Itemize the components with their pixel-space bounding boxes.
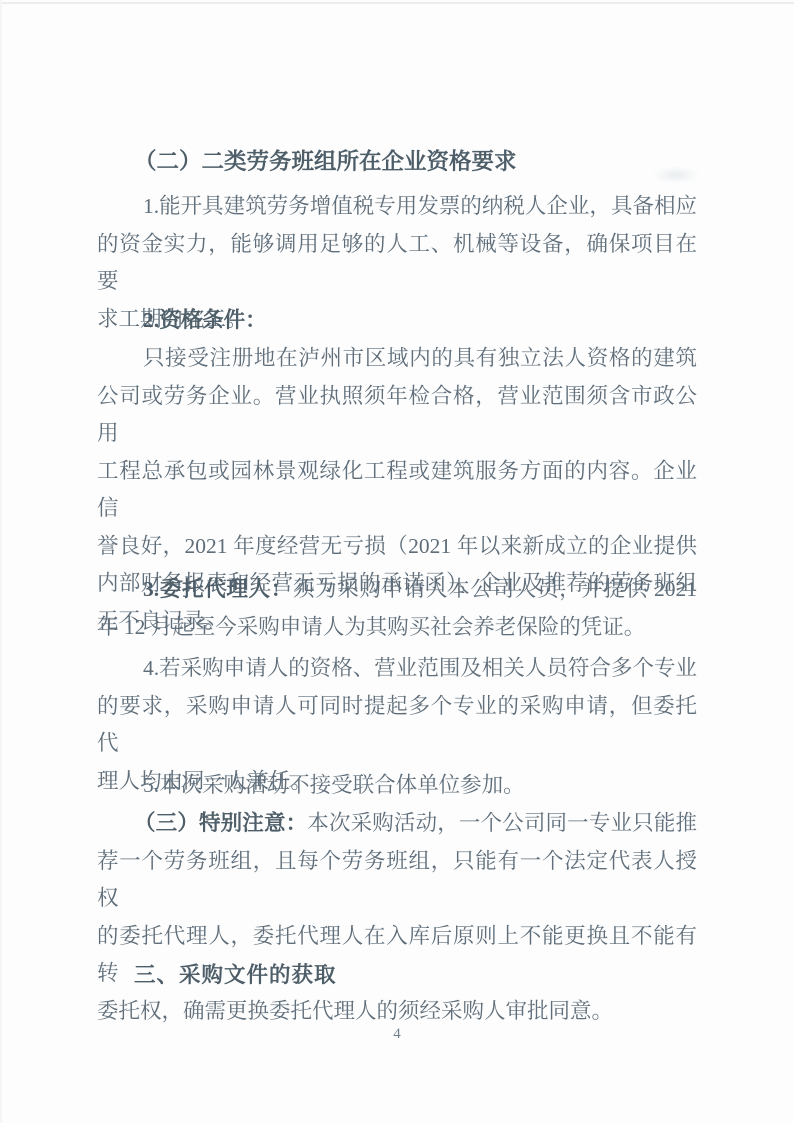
text-segment: 的资金实力，能够调用足够的人工、机械等设备，确保项目在要 <box>97 232 697 294</box>
text-segment-bold: （三）特别注意： <box>134 811 307 835</box>
text-line: 5.本次采购活动不接受联合体单位参加。 <box>97 767 697 805</box>
text-segment: 1.能开具建筑劳务增值税专用发票的纳税人企业，具备相应 <box>143 194 697 218</box>
text-segment: 公司或劳务企业。营业执照须年检合格，营业范围须含市政公用 <box>97 384 697 446</box>
paragraph-para-7: （三）特别注意：本次采购活动，一个公司同一专业只能推荐一个劳务班组，且每个劳务班… <box>97 805 697 1030</box>
text-segment-bold: （二）二类劳务班组所在企业资格要求 <box>134 149 517 174</box>
text-segment-bold: 2.资格条件： <box>143 308 267 332</box>
text-segment-bold: 三、采购文件的获取 <box>134 963 337 987</box>
text-line: 委托权，确需更换委托代理人的须经采购人审批同意。 <box>97 993 697 1031</box>
text-line: 的资金实力，能够调用足够的人工、机械等设备，确保项目在要 <box>97 226 697 301</box>
text-segment: 誉良好，2021 年度经营无亏损（2021 年以来新成立的企业提供 <box>97 534 697 558</box>
text-segment: 本次采购活动，一个公司同一专业只能推 <box>307 811 697 835</box>
paragraph-para-4: 3.委托代理人：须为采购申请人本公司人员，并提供 2021年 12 月起至今采购… <box>97 571 697 646</box>
text-line: （二）二类劳务班组所在企业资格要求 <box>97 142 697 182</box>
text-line: 誉良好，2021 年度经营无亏损（2021 年以来新成立的企业提供 <box>97 528 697 566</box>
paragraph-heading-3: 三、采购文件的获取 <box>97 957 697 995</box>
text-line: 荐一个劳务班组，且每个劳务班组，只能有一个法定代表人授权 <box>97 843 697 918</box>
text-segment: 的要求，采购申请人可同时提起多个专业的采购申请，但委托代 <box>97 694 697 756</box>
text-segment-bold: 3.委托代理人： <box>143 577 293 601</box>
text-line: 公司或劳务企业。营业执照须年检合格，营业范围须含市政公用 <box>97 378 697 453</box>
text-line: 工程总承包或园林景观绿化工程或建筑服务方面的内容。企业信 <box>97 453 697 528</box>
text-segment: 4.若采购申请人的资格、营业范围及相关人员符合多个专业 <box>143 656 697 680</box>
text-line: 只接受注册地在泸州市区域内的具有独立法人资格的建筑 <box>97 340 697 378</box>
text-segment: 委托权，确需更换委托代理人的须经采购人审批同意。 <box>97 999 613 1023</box>
text-segment: 年 12 月起至今采购申请人为其购买社会养老保险的凭证。 <box>97 615 645 639</box>
text-segment: 工程总承包或园林景观绿化工程或建筑服务方面的内容。企业信 <box>97 459 697 521</box>
text-segment: 须为采购申请人本公司人员，并提供 2021 <box>293 577 697 601</box>
scan-edge-left <box>0 0 2 1123</box>
text-line: 4.若采购申请人的资格、营业范围及相关人员符合多个专业 <box>97 650 697 688</box>
text-line: 三、采购文件的获取 <box>97 957 697 995</box>
text-line: 1.能开具建筑劳务增值税专用发票的纳税人企业，具备相应 <box>97 188 697 226</box>
paragraph-para-2: 2.资格条件： <box>97 302 697 340</box>
text-line: 3.委托代理人：须为采购申请人本公司人员，并提供 2021 <box>97 571 697 609</box>
page-number: 4 <box>0 1026 794 1043</box>
scan-edge-top <box>0 2 794 4</box>
text-segment: 只接受注册地在泸州市区域内的具有独立法人资格的建筑 <box>143 346 697 370</box>
text-segment: 5.本次采购活动不接受联合体单位参加。 <box>143 773 525 797</box>
document-page: （二）二类劳务班组所在企业资格要求1.能开具建筑劳务增值税专用发票的纳税人企业，… <box>0 0 794 1123</box>
text-line: 的要求，采购申请人可同时提起多个专业的采购申请，但委托代 <box>97 688 697 763</box>
paragraph-heading-2: （二）二类劳务班组所在企业资格要求 <box>97 142 697 182</box>
text-segment: 荐一个劳务班组，且每个劳务班组，只能有一个法定代表人授权 <box>97 849 697 911</box>
text-line: （三）特别注意：本次采购活动，一个公司同一专业只能推 <box>97 805 697 843</box>
text-line: 2.资格条件： <box>97 302 697 340</box>
text-line: 年 12 月起至今采购申请人为其购买社会养老保险的凭证。 <box>97 609 697 647</box>
paragraph-para-6: 5.本次采购活动不接受联合体单位参加。 <box>97 767 697 805</box>
